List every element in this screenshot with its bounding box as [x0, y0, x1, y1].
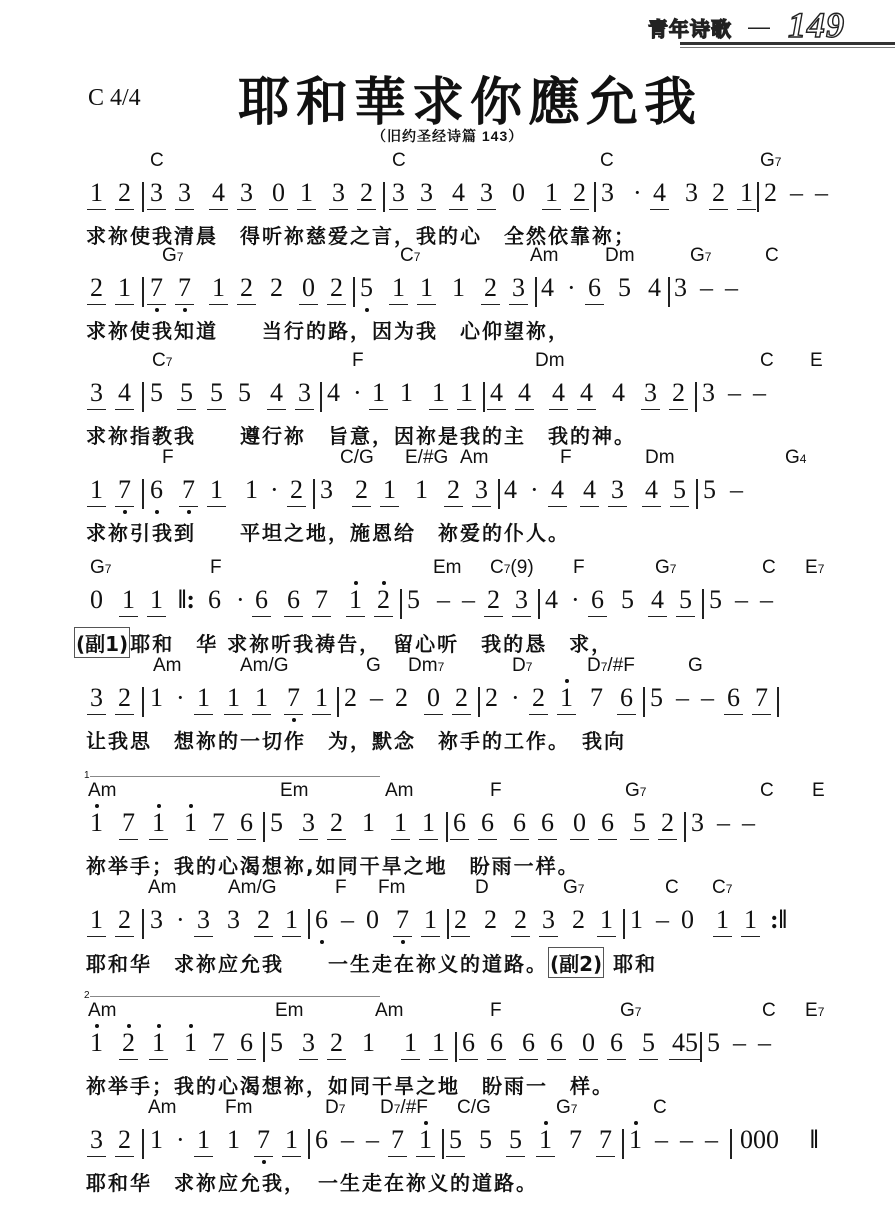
chord-label: C	[762, 557, 776, 579]
barline	[700, 1032, 702, 1062]
chord-label: Dm	[535, 350, 565, 372]
melody-line: 176711·23211234·443455–	[0, 475, 895, 515]
barline	[777, 687, 779, 717]
chord-label: C/G	[340, 447, 374, 469]
melody-line: 321·11716––715551771–––000‖	[0, 1125, 895, 1165]
barline	[263, 1032, 265, 1062]
note: 1	[424, 905, 437, 935]
chord-label: G7	[690, 245, 711, 267]
note: 0	[90, 585, 103, 615]
chord-label: Fm	[378, 877, 405, 899]
note: –	[742, 808, 755, 838]
note: 3	[515, 585, 528, 615]
score-row: AmFmD7D7/#FC/GG7C321·11716––715551771–––…	[0, 1097, 895, 1197]
note: 3	[512, 273, 525, 303]
header-rule	[680, 42, 895, 45]
note: 1	[716, 905, 729, 935]
note: 5	[210, 378, 223, 408]
note: 3	[227, 905, 240, 935]
note: 4	[270, 378, 283, 408]
note: –	[462, 585, 475, 615]
note: 7	[150, 273, 163, 303]
note: 7	[182, 475, 195, 505]
barline	[383, 182, 385, 212]
note: 1	[197, 1125, 210, 1155]
note: 1	[227, 683, 240, 713]
note: 6	[315, 905, 328, 935]
note: 6	[490, 1028, 503, 1058]
barline	[483, 382, 485, 412]
note: 1	[744, 905, 757, 935]
note: 7	[391, 1125, 404, 1155]
barline	[142, 277, 144, 307]
note: 2	[377, 585, 390, 615]
note: –	[760, 585, 773, 615]
note: 1	[152, 808, 165, 838]
score-row: G7FEmC7(9)FG7CE7011‖:6·667125––234·65455…	[0, 557, 895, 657]
chord-label: Fm	[225, 1097, 252, 1119]
note: 4	[541, 273, 554, 303]
note: 5	[650, 683, 663, 713]
note: 1	[362, 808, 375, 838]
score-row: FC/GE/#GAmFDmG4176711·23211234·443455–求祢…	[0, 447, 895, 547]
note: 0	[366, 905, 379, 935]
chord-label: G7	[556, 1097, 577, 1119]
lyrics-line: 求祢使我知道 当行的路，因为我 心仰望祢，	[86, 315, 570, 344]
barline	[498, 479, 500, 509]
note: 5	[707, 1028, 720, 1058]
barline	[668, 277, 670, 307]
note: 3	[480, 178, 493, 208]
note: 2	[395, 683, 408, 713]
note: 0	[427, 683, 440, 713]
note: 4	[552, 378, 565, 408]
repeat-sign: ‖:	[178, 585, 195, 615]
barline	[696, 479, 698, 509]
note: 0	[681, 905, 694, 935]
note: 1	[315, 683, 328, 713]
chord-label: D	[475, 877, 489, 899]
note: 1	[285, 1125, 298, 1155]
note: 1	[90, 178, 103, 208]
note: 2	[573, 178, 586, 208]
note: 1	[545, 178, 558, 208]
barline	[757, 182, 759, 212]
note: 6	[541, 808, 554, 838]
barline	[446, 812, 448, 842]
chord-label: C	[765, 245, 779, 267]
note: ·	[270, 475, 279, 505]
note: 3	[332, 178, 345, 208]
note: 1	[212, 273, 225, 303]
note: 1	[740, 178, 753, 208]
note: 2	[355, 475, 368, 505]
barline	[142, 382, 144, 412]
barline	[695, 382, 697, 412]
chord-label: F	[490, 1000, 502, 1022]
note: 3	[542, 905, 555, 935]
chord-label: F	[490, 780, 502, 802]
repeat-sign: ‖	[810, 1125, 818, 1155]
lyrics-line: 让我思 想祢的一切作 为，默念 祢手的工作。 我向	[86, 725, 626, 754]
note: 2	[360, 178, 373, 208]
chord-label: C7	[400, 245, 420, 267]
chord-label: C7	[152, 350, 172, 372]
note: 7	[396, 905, 409, 935]
note: ·	[176, 1125, 185, 1155]
chord-label: C	[150, 150, 164, 172]
note: 5	[673, 475, 686, 505]
note: 2	[118, 178, 131, 208]
note: 5	[633, 808, 646, 838]
note: 0	[573, 808, 586, 838]
score-row: G7C7AmDmG7C2177122025111234·6543––求祢使我知道…	[0, 245, 895, 345]
note: 2	[764, 178, 777, 208]
note: 2	[532, 683, 545, 713]
note: 1	[90, 475, 103, 505]
note: 2	[514, 905, 527, 935]
chord-label: F	[335, 877, 347, 899]
barline	[730, 1129, 732, 1159]
note: 7	[212, 808, 225, 838]
chord-label: F	[162, 447, 174, 469]
key-signature: C 4/4	[88, 85, 141, 112]
chord-label: C	[760, 780, 774, 802]
note: 5	[618, 273, 631, 303]
barline	[142, 182, 144, 212]
chord-label: C	[600, 150, 614, 172]
note: 6	[150, 475, 163, 505]
lyrics-line: (副1)耶和 华 求祢听我祷告， 留心听 我的恳 求，	[74, 627, 613, 658]
chord-label: Am	[88, 780, 117, 802]
note: 3	[475, 475, 488, 505]
note: 2	[484, 273, 497, 303]
note: 5	[621, 585, 634, 615]
note: 000	[740, 1125, 779, 1155]
note: 4	[583, 475, 596, 505]
barline	[442, 1129, 444, 1159]
note: 4	[648, 273, 661, 303]
note: 1	[452, 273, 465, 303]
note: ·	[567, 273, 576, 303]
song-subtitle: （旧约圣经诗篇 143）	[372, 126, 523, 146]
melody-line: 171176532111666606523––	[0, 808, 895, 848]
chord-label: C7	[712, 877, 732, 899]
note: 7	[590, 683, 603, 713]
note: 4	[118, 378, 131, 408]
note: 5	[270, 1028, 283, 1058]
note: –	[717, 808, 730, 838]
note: 2	[118, 683, 131, 713]
note: 5	[407, 585, 420, 615]
note: 6	[601, 808, 614, 838]
note: 5	[180, 378, 193, 408]
chord-label: G7	[162, 245, 183, 267]
chord-label: C	[760, 350, 774, 372]
note: 2	[290, 475, 303, 505]
barline	[308, 1129, 310, 1159]
note: 7	[212, 1028, 225, 1058]
barline	[535, 277, 537, 307]
note: 2	[484, 905, 497, 935]
note: 7	[599, 1125, 612, 1155]
chord-label: G	[366, 655, 381, 677]
note: 0	[582, 1028, 595, 1058]
barline	[643, 687, 645, 717]
note: 5	[679, 585, 692, 615]
note: 6	[208, 585, 221, 615]
note: 7	[287, 683, 300, 713]
chord-label: Am/G	[228, 877, 277, 899]
chord-label: Am	[148, 1097, 177, 1119]
chord-label: Em	[433, 557, 462, 579]
note: –	[735, 585, 748, 615]
score-row: AmAm/GGDm7D7D7/#FG321·111712–2022·21765–…	[0, 655, 895, 755]
chord-label: C/G	[457, 1097, 491, 1119]
note: 1	[152, 1028, 165, 1058]
note: 5	[449, 1125, 462, 1155]
note: 1	[255, 683, 268, 713]
note: –	[701, 683, 714, 713]
note: 6	[727, 683, 740, 713]
chord-label: G7	[655, 557, 676, 579]
note: 3	[150, 178, 163, 208]
note: –	[366, 1125, 379, 1155]
chord-label: G4	[785, 447, 806, 469]
note: –	[725, 273, 738, 303]
note: 2	[240, 273, 253, 303]
note: 5	[238, 378, 251, 408]
chord-label: C7(9)	[490, 557, 534, 579]
score-row: AmAm/GFFmDG7CC7123·33216–0712223211–011:…	[0, 877, 895, 977]
melody-line: 321·111712–2022·21765––67	[0, 683, 895, 723]
note: 6	[481, 808, 494, 838]
barline	[684, 812, 686, 842]
barline	[538, 589, 540, 619]
note: 1	[392, 273, 405, 303]
note: 1	[432, 1028, 445, 1058]
note: 1	[383, 475, 396, 505]
note: 3	[302, 1028, 315, 1058]
chord-label: G	[688, 655, 703, 677]
note: 4	[612, 378, 625, 408]
note: 3	[197, 905, 210, 935]
note: 4	[504, 475, 517, 505]
note: 6	[240, 1028, 253, 1058]
note: 3	[298, 378, 311, 408]
page-header: 青年诗歌 — 149	[640, 4, 895, 44]
score-row: CCCG7123343013233430123·43212––求祢使我清晨 得听…	[0, 150, 895, 250]
note: 5	[709, 585, 722, 615]
note: 2	[672, 378, 685, 408]
note: –	[728, 378, 741, 408]
chord-label: D7	[512, 655, 532, 677]
chord-label: D7	[325, 1097, 345, 1119]
chord-label: Em	[275, 1000, 304, 1022]
chorus-marker: (副1)	[74, 627, 130, 658]
note: 1	[90, 808, 103, 838]
note: –	[437, 585, 450, 615]
note: –	[370, 683, 383, 713]
book-title: 青年诗歌	[648, 13, 732, 42]
note: 1	[400, 378, 413, 408]
barline	[142, 1129, 144, 1159]
note: 1	[539, 1125, 552, 1155]
melody-line: 2177122025111234·6543––	[0, 273, 895, 313]
note: 7	[569, 1125, 582, 1155]
lyrics-line: 求祢引我到 平坦之地，施恩给 祢爱的仆人。	[86, 517, 570, 546]
volta-bracket	[90, 776, 380, 777]
chord-label: Dm	[605, 245, 635, 267]
chord-label: G7	[625, 780, 646, 802]
note: 3	[611, 475, 624, 505]
note: 6	[453, 808, 466, 838]
barline	[353, 277, 355, 307]
note: –	[655, 1125, 668, 1155]
note: 2	[118, 905, 131, 935]
lyrics-line: 求祢指教我 遵行祢 旨意，因祢是我的主 我的神。	[86, 420, 636, 449]
note: 4	[452, 178, 465, 208]
note: 1	[422, 808, 435, 838]
note: 3	[150, 905, 163, 935]
note: 4	[580, 378, 593, 408]
note: 1	[150, 1125, 163, 1155]
chord-label: Am	[385, 780, 414, 802]
note: 5	[150, 378, 163, 408]
note: 4	[212, 178, 225, 208]
note: –	[790, 178, 803, 208]
note: 3	[178, 178, 191, 208]
note: 6	[610, 1028, 623, 1058]
note: 2	[330, 273, 343, 303]
note: 6	[462, 1028, 475, 1058]
score-row: C7FDmCE345555434·111144444323––求祢指教我 遵行祢…	[0, 350, 895, 450]
note: 2	[572, 905, 585, 935]
note: 2	[122, 1028, 135, 1058]
note: 2	[270, 273, 283, 303]
volta-bracket	[90, 996, 380, 997]
barline	[622, 1129, 624, 1159]
note: ·	[176, 683, 185, 713]
note: –	[733, 1028, 746, 1058]
note: –	[700, 273, 713, 303]
note: 5	[479, 1125, 492, 1155]
barline	[400, 589, 402, 619]
chord-label: F	[573, 557, 585, 579]
note: 2	[485, 683, 498, 713]
note: 2	[661, 808, 674, 838]
chord-label: E/#G	[405, 447, 448, 469]
note: –	[341, 1125, 354, 1155]
melody-line: 011‖:6·667125––234·65455––	[0, 585, 895, 625]
melody-line: 123343013233430123·43212––	[0, 178, 895, 218]
note: 5	[703, 475, 716, 505]
note: 6	[550, 1028, 563, 1058]
note: 1	[184, 1028, 197, 1058]
chord-label: Am/G	[240, 655, 289, 677]
barline	[142, 687, 144, 717]
chord-label: E	[812, 780, 825, 802]
note: 7	[315, 585, 328, 615]
note: –	[676, 683, 689, 713]
chord-label: Em	[280, 780, 309, 802]
chorus-marker: (副2)	[548, 947, 604, 978]
note: 7	[755, 683, 768, 713]
note: 4	[327, 378, 340, 408]
note: 4	[653, 178, 666, 208]
note: 1	[560, 683, 573, 713]
note: 3	[644, 378, 657, 408]
note: 45	[672, 1028, 698, 1058]
note: –	[705, 1125, 718, 1155]
note: 1	[210, 475, 223, 505]
note: 5	[360, 273, 373, 303]
note: ·	[511, 683, 520, 713]
note: 1	[404, 1028, 417, 1058]
barline	[263, 812, 265, 842]
barline	[142, 909, 144, 939]
melody-line: 1211765321116666065455––	[0, 1028, 895, 1068]
barline	[455, 1032, 457, 1062]
note: 1	[629, 1125, 642, 1155]
note: 5	[509, 1125, 522, 1155]
melody-line: 345555434·111144444323––	[0, 378, 895, 418]
note: 2	[447, 475, 460, 505]
chord-label: G7	[620, 1000, 641, 1022]
note: –	[341, 905, 354, 935]
note: 6	[513, 808, 526, 838]
chord-label: Am	[88, 1000, 117, 1022]
note: 3	[674, 273, 687, 303]
note: 7	[178, 273, 191, 303]
note: 7	[257, 1125, 270, 1155]
chord-label: G7	[760, 150, 781, 172]
note: 6	[287, 585, 300, 615]
note: –	[753, 378, 766, 408]
chord-label: F	[210, 557, 222, 579]
note: –	[758, 1028, 771, 1058]
note: 1	[432, 378, 445, 408]
note: 1	[419, 1125, 432, 1155]
note: ·	[176, 905, 185, 935]
note: ·	[530, 475, 539, 505]
header-dash: —	[748, 14, 770, 40]
note: 2	[455, 683, 468, 713]
note: 4	[490, 378, 503, 408]
barline	[447, 909, 449, 939]
note: 3	[691, 808, 704, 838]
note: ·	[571, 585, 580, 615]
chord-label: Am	[460, 447, 489, 469]
note: 6	[522, 1028, 535, 1058]
note: 1	[394, 808, 407, 838]
note: 1	[349, 585, 362, 615]
chord-label: Am	[375, 1000, 404, 1022]
barline	[594, 182, 596, 212]
note: 6	[591, 585, 604, 615]
note: 3	[702, 378, 715, 408]
note: ·	[236, 585, 245, 615]
note: –	[680, 1125, 693, 1155]
song-title: 耶和華求你應允我	[238, 60, 702, 135]
note: 7	[122, 808, 135, 838]
note: 3	[685, 178, 698, 208]
chord-label: Am	[530, 245, 559, 267]
chord-label: E7	[805, 557, 824, 579]
chord-label: C	[392, 150, 406, 172]
chord-label: Dm	[645, 447, 675, 469]
note: 1	[197, 683, 210, 713]
